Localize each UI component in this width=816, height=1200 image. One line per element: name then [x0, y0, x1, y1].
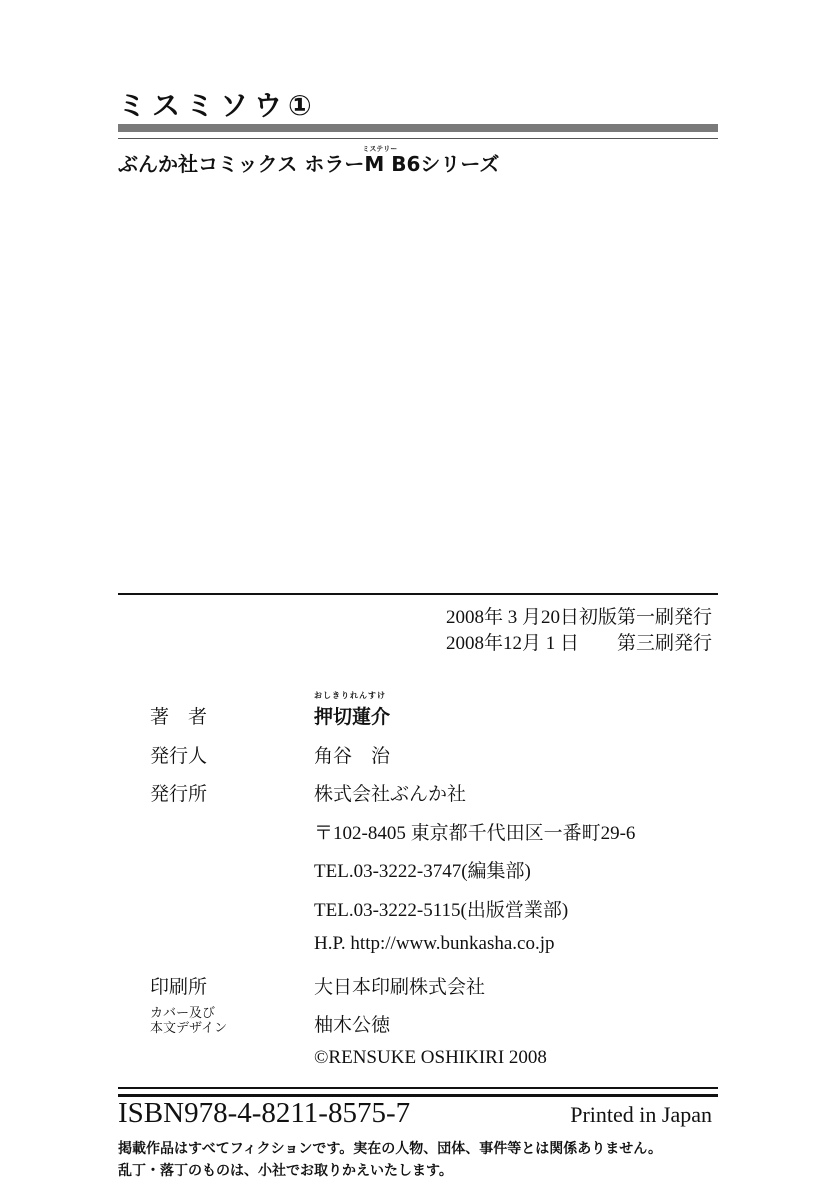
colophon-divider [118, 593, 718, 595]
designer-name: 柚木公徳 [314, 1010, 390, 1037]
replacement-notice: 乱丁・落丁のものは、小社でお取りかえいたします。 [118, 1160, 453, 1180]
book-title: ミスミソウ① [118, 84, 318, 124]
publisher-label: 発行所 [150, 779, 310, 806]
author-name: 押切蓮介 [314, 702, 390, 729]
printer-label: 印刷所 [150, 972, 310, 999]
publisher-person-label: 発行人 [150, 741, 310, 768]
tel-editorial: TEL.03-3222-3747(編集部) [314, 856, 531, 883]
series-suffix: B6シリーズ [384, 152, 499, 176]
isbn: ISBN978-4-8211-8575-7 [118, 1097, 410, 1130]
design-label: カバー及び 本文デザイン [150, 1006, 227, 1036]
first-printing-date: 2008年 3 月20日初版第一刷発行 [446, 602, 712, 629]
series-prefix: ぶんか社コミックス ホラー [118, 152, 364, 176]
publisher-name: 株式会社ぶんか社 [314, 779, 466, 806]
tel-sales: TEL.03-3222-5115(出版営業部) [314, 895, 568, 922]
author-label: 著 者 [150, 702, 310, 729]
printed-in-japan: Printed in Japan [570, 1102, 712, 1128]
title-bar-divider [118, 124, 718, 132]
publisher-address: 〒102-8405 東京都千代田区一番町29-6 [314, 818, 635, 845]
homepage-url[interactable]: H.P. http://www.bunkasha.co.jp [314, 933, 554, 955]
title-thin-divider [118, 138, 718, 139]
series-m-ruby: ミステリー [362, 144, 397, 154]
copyright: ©RENSUKE OSHIKIRI 2008 [314, 1047, 547, 1069]
footer-divider-top [118, 1087, 718, 1089]
printer-name: 大日本印刷株式会社 [314, 972, 485, 999]
series-name: ぶんか社コミックス ホラーミステリーM B6シリーズ [118, 148, 499, 177]
series-m: ミステリーM [364, 152, 384, 176]
publisher-person: 角谷 治 [314, 741, 390, 768]
fiction-notice: 掲載作品はすべてフィクションです。実在の人物、団体、事件等とは関係ありません。 [118, 1138, 662, 1158]
author-ruby: おしきりれんすけ [314, 690, 386, 701]
third-printing-date: 2008年12月 1 日 第三刷発行 [446, 628, 712, 655]
